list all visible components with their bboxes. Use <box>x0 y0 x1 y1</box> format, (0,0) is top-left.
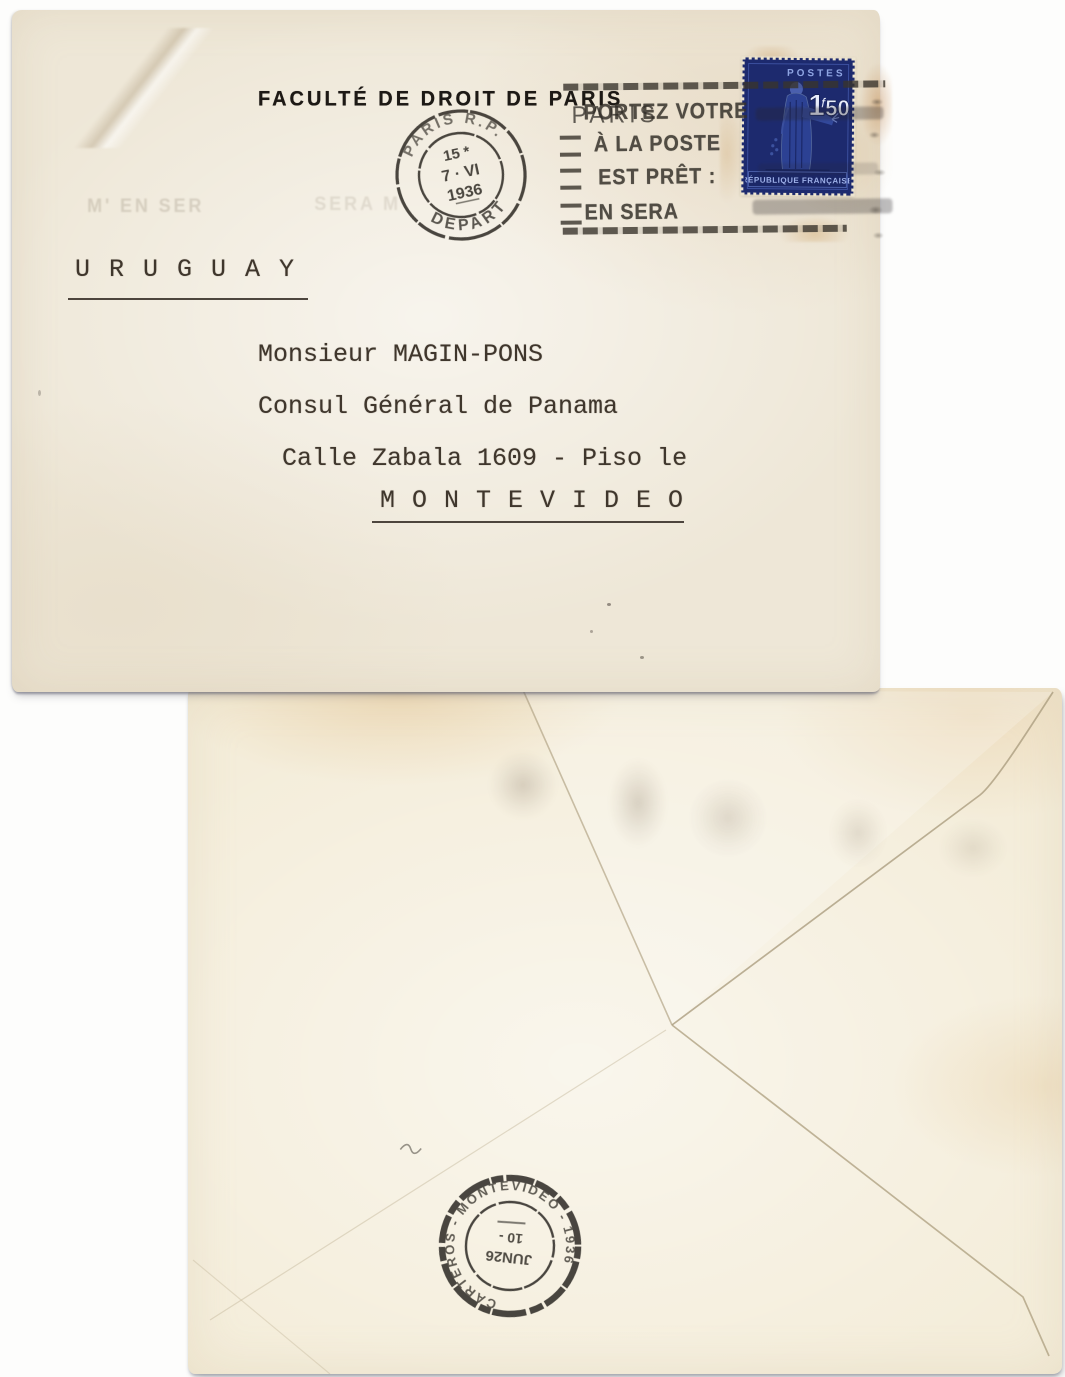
arrival-postmark-date: JUN26 <box>485 1247 533 1269</box>
slogan-line-3: EST PRÊT : <box>598 163 716 190</box>
slogan-line-4: EN SERA <box>584 198 679 225</box>
address-city: M O N T E V I D E O <box>380 486 684 515</box>
ink-speck <box>607 603 611 606</box>
offset-ink-smudge <box>608 758 668 848</box>
cancel-dash <box>560 204 581 225</box>
slogan-machine-cancel: PORTEZ VOTRE PARIS À LA POSTE EST PRÊT :… <box>559 66 893 247</box>
montevideo-arrival-postmark: CARTEROS - MONTEVIDEO - 1936 JUN26 10 - <box>428 1164 593 1329</box>
address-street: Calle Zabala 1609 - Piso le <box>282 444 687 473</box>
paper-crease <box>16 28 266 148</box>
offset-ink-smudge <box>688 778 768 858</box>
address-title: Consul Général de Panama <box>258 392 618 421</box>
ghost-cancel-impression-left: M' EN SER <box>87 196 204 218</box>
ink-speck <box>640 656 644 659</box>
offset-ink-smudge <box>938 818 1008 878</box>
postmark-hour: 15 * <box>442 143 472 165</box>
offset-ink-smudge <box>488 750 558 820</box>
envelope-back: CARTEROS - MONTEVIDEO - 1936 JUN26 10 - <box>188 688 1062 1374</box>
underline <box>68 298 308 300</box>
underline <box>372 521 684 523</box>
cancel-bar <box>563 225 847 235</box>
overlapping-paris-strike: PARIS <box>571 100 659 129</box>
cancel-marks-right-edge <box>864 90 890 240</box>
cancel-dash <box>560 136 581 157</box>
cancel-bar <box>563 80 885 90</box>
scanned-postal-cover-page: { "front": { "header": "FACULTÉ DE DROIT… <box>0 0 1065 1377</box>
cancel-dash <box>560 169 581 190</box>
slogan-line-2: À LA POSTE <box>594 130 721 157</box>
envelope-front: FACULTÉ DE DROIT DE PARIS M' EN SER SERA… <box>12 10 880 692</box>
offset-ink-smudge <box>828 798 888 868</box>
arrival-postmark-hour: 10 - <box>498 1229 524 1247</box>
cancel-smudge <box>758 162 878 175</box>
address-recipient: Monsieur MAGIN-PONS <box>258 340 543 369</box>
address-country: U R U G U A Y <box>75 255 296 284</box>
ink-speck <box>38 390 41 396</box>
ink-speck <box>590 630 593 633</box>
